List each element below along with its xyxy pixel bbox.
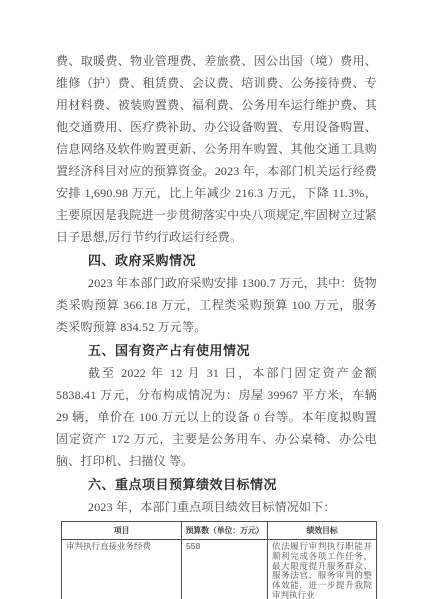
header-cell-project: 项目: [62, 522, 182, 540]
section-6-heading: 六、重点项目预算绩效目标情况: [56, 474, 377, 496]
table-header-row: 项目 预算数（单位：万元） 绩效目标: [62, 522, 377, 540]
cell-project: 审判执行直接业务经费: [62, 540, 182, 599]
header-cell-budget: 预算数（单位：万元）: [182, 522, 268, 540]
performance-target-table: 项目 预算数（单位：万元） 绩效目标 审判执行直接业务经费 558 依法履行审判…: [61, 521, 377, 599]
section-4-heading: 四、政府采购情况: [56, 250, 377, 272]
cell-budget: 558: [182, 540, 268, 599]
section-6-paragraph: 2023 年，本部门重点项目绩效目标情况如下：: [56, 496, 377, 518]
section-4-paragraph: 2023 年本部门政府采购安排 1300.7 万元，其中：货物类采购预算 366…: [56, 272, 377, 338]
document-page: 费、取暖费、物业管理费、差旅费、因公出国（境）费用、维修（护）费、租赁费、会议费…: [0, 0, 424, 599]
header-cell-target: 绩效目标: [268, 522, 377, 540]
cell-target: 依法履行审判执行职能并顺利完成各项工作任务，最大限度提升服务群众、服务法官、服务…: [268, 540, 377, 599]
section-5-heading: 五、国有资产占有使用情况: [56, 340, 377, 362]
document-content: 费、取暖费、物业管理费、差旅费、因公出国（境）费用、维修（护）费、租赁费、会议费…: [56, 50, 377, 599]
section-5-paragraph: 截至 2022 年 12 月 31 日，本部门固定资产金额 5838.41 万元…: [56, 362, 377, 472]
table-row: 审判执行直接业务经费 558 依法履行审判执行职能并顺利完成各项工作任务，最大限…: [62, 540, 377, 599]
intro-paragraph: 费、取暖费、物业管理费、差旅费、因公出国（境）费用、维修（护）费、租赁费、会议费…: [56, 50, 377, 248]
